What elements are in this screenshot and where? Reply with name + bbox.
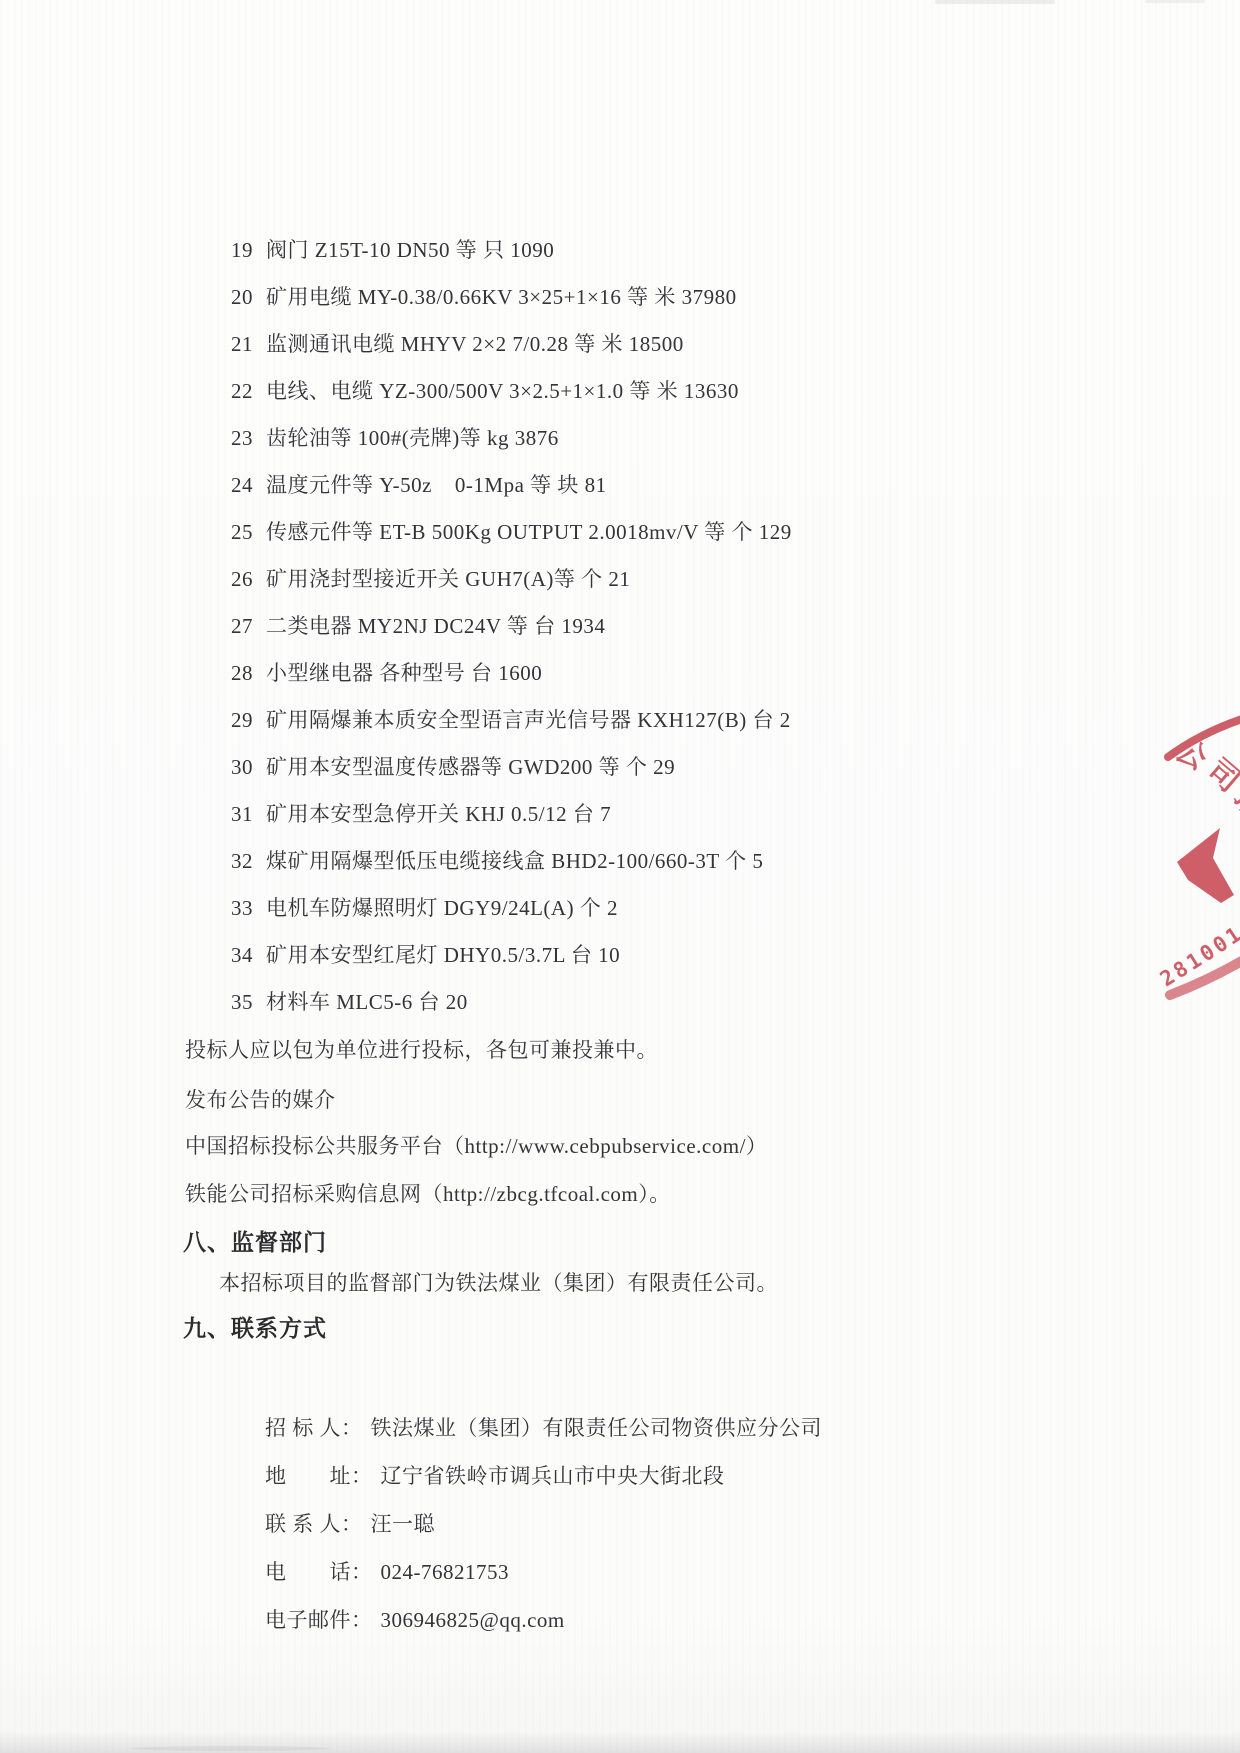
media-platform-line: 中国招标投标公共服务平台（http://www.cebpubservice.co…: [185, 1131, 1135, 1161]
item-text: 煤矿用隔爆型低压电缆接线盒 BHD2-100/660-3T 个 5: [266, 849, 763, 873]
item-text: 阀门 Z15T-10 DN50 等 只 1090: [266, 238, 554, 262]
scan-edge-shadow: [0, 1731, 1240, 1753]
item-number: 24: [231, 462, 253, 509]
media-heading: 发布公告的媒介: [185, 1085, 1135, 1115]
item-number: 25: [231, 509, 253, 556]
item-number: 32: [231, 838, 253, 885]
contact-colon: ：: [351, 1608, 373, 1632]
item-number: 34: [231, 932, 253, 979]
contact-list: 招 标 人：铁法煤业（集团）有限责任公司物资供应分公司 地 址：辽宁省铁岭市调兵…: [219, 1356, 1119, 1596]
contact-value: 306946825@qq.com: [381, 1608, 565, 1632]
item-number: 22: [231, 368, 253, 415]
scanned-tender-document-page: 19阀门 Z15T-10 DN50 等 只 1090 20矿用电缆 MY-0.3…: [0, 0, 1240, 1753]
seal-arc-text: 公司招标: [1169, 731, 1240, 862]
item-text: 矿用隔爆兼本质安全型语言声光信号器 KXH127(B) 台 2: [266, 708, 791, 732]
item-text: 材料车 MLC5-6 台 20: [266, 990, 468, 1014]
item-text: 温度元件等 Y-50z 0-1Mpa 等 块 81: [266, 473, 607, 497]
list-item: 19阀门 Z15T-10 DN50 等 只 1090: [185, 180, 1085, 227]
seal-serial-number: 2810012: [1120, 655, 1240, 991]
item-text: 矿用浇封型接近开关 GUH7(A)等 个 21: [266, 567, 630, 591]
item-number: 30: [231, 744, 253, 791]
item-number: 35: [231, 979, 253, 1026]
scan-artifact: [1145, 0, 1205, 3]
contact-label: 招 标 人: [265, 1404, 341, 1452]
contact-value: 024-76821753: [381, 1560, 510, 1584]
scan-artifact: [935, 0, 1055, 4]
item-number: 33: [231, 885, 253, 932]
item-number: 27: [231, 603, 253, 650]
contact-label: 电子邮件: [265, 1596, 351, 1644]
item-text: 传感元件等 ET-B 500Kg OUTPUT 2.0018mv/V 等 个 1…: [266, 520, 792, 544]
contact-label: 地 址: [265, 1452, 351, 1500]
item-text: 矿用电缆 MY-0.38/0.66KV 3×25+1×16 等 米 37980: [266, 285, 737, 309]
seal-underline-arc: [1170, 955, 1240, 995]
seal-ring-arc: [1168, 711, 1240, 757]
item-number: 29: [231, 697, 253, 744]
contact-value: 汪一聪: [371, 1512, 436, 1536]
item-text: 齿轮油等 100#(壳牌)等 kg 3876: [266, 426, 559, 450]
item-text: 电机车防爆照明灯 DGY9/24L(A) 个 2: [266, 896, 618, 920]
item-text: 小型继电器 各种型号 台 1600: [266, 661, 542, 685]
contact-colon: ：: [351, 1464, 373, 1488]
section-8-heading: 八、监督部门: [183, 1224, 327, 1257]
contact-value: 辽宁省铁岭市调兵山市中央大街北段: [381, 1464, 725, 1488]
item-text: 二类电器 MY2NJ DC24V 等 台 1934: [266, 614, 605, 638]
item-text: 矿用本安型急停开关 KHJ 0.5/12 台 7: [266, 802, 611, 826]
contact-colon: ：: [341, 1512, 363, 1536]
item-number: 28: [231, 650, 253, 697]
red-seal-stamp: 公司招标 2810012: [1120, 655, 1240, 1015]
contact-colon: ：: [341, 1416, 363, 1440]
bid-package-note: 投标人应以包为单位进行投标，各包可兼投兼中。: [185, 1035, 1135, 1065]
item-text: 电线、电缆 YZ-300/500V 3×2.5+1×1.0 等 米 13630: [266, 379, 739, 403]
contact-value: 铁法煤业（集团）有限责任公司物资供应分公司: [371, 1416, 823, 1440]
star-icon: [1177, 828, 1234, 903]
item-number: 23: [231, 415, 253, 462]
item-number: 20: [231, 274, 253, 321]
item-number: 31: [231, 791, 253, 838]
goods-item-list: 19阀门 Z15T-10 DN50 等 只 1090 20矿用电缆 MY-0.3…: [185, 180, 1085, 979]
item-number: 26: [231, 556, 253, 603]
item-text: 监测通讯电缆 MHYV 2×2 7/0.28 等 米 18500: [266, 332, 684, 356]
media-website-line: 铁能公司招标采购信息网（http://zbcg.tfcoal.com）。: [185, 1179, 1135, 1209]
contact-label: 电 话: [265, 1548, 351, 1596]
contact-row: 招 标 人：铁法煤业（集团）有限责任公司物资供应分公司: [219, 1356, 1119, 1404]
contact-colon: ：: [351, 1560, 373, 1584]
item-text: 矿用本安型红尾灯 DHY0.5/3.7L 台 10: [266, 943, 620, 967]
section-9-heading: 九、联系方式: [183, 1310, 327, 1343]
item-number: 19: [231, 227, 253, 274]
contact-label: 联 系 人: [265, 1500, 341, 1548]
item-number: 21: [231, 321, 253, 368]
section-8-body: 本招标项目的监督部门为铁法煤业（集团）有限责任公司。: [219, 1268, 1169, 1298]
item-text: 矿用本安型温度传感器等 GWD200 等 个 29: [266, 755, 675, 779]
